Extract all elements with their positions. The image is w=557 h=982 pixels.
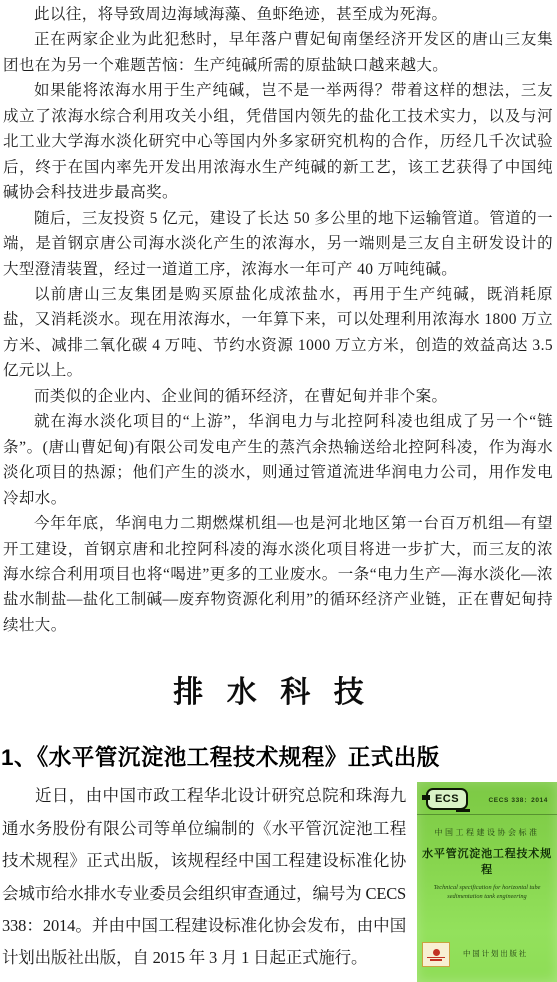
book-title: 水平管沉淀池工程技术规程 xyxy=(417,845,557,877)
stamp-seal-icon xyxy=(433,949,440,956)
award-stamp-icon xyxy=(422,942,450,967)
cover-header: ECS CECS 338：2014 xyxy=(417,782,557,810)
book-title-english-line: sedimentation tank engineering xyxy=(417,893,557,902)
story-paragraph: 而类似的企业内、企业间的循环经济，在曹妃甸并非个案。 xyxy=(3,384,553,409)
document-page: 此以往，将导致周边海域海藻、鱼虾绝迹，甚至成为死海。 正在两家企业为此犯愁时，早… xyxy=(0,0,557,982)
standard-code: CECS 338：2014 xyxy=(489,795,548,804)
story-paragraph: 如果能将浓海水用于生产纯碱，岂不是一举两得？带着这样的想法，三友成立了浓海水综合… xyxy=(3,78,553,205)
article-body: ECS CECS 338：2014 中国工程建设协会标准 水平管沉淀池工程技术规… xyxy=(0,780,557,981)
book-title-english-line: Technical specification for horizontal t… xyxy=(417,884,557,893)
story-paragraph: 以前唐山三友集团是购买原盐化成浓盐水，再用于生产纯碱，既消耗原盐，又消耗淡水。现… xyxy=(3,282,553,384)
standard-label: 中国工程建设协会标准 xyxy=(417,827,557,838)
article-heading: 1、《水平管沉淀池工程技术规程》正式出版 xyxy=(1,745,557,771)
stamp-text-line xyxy=(427,957,445,959)
story-paragraph: 此以往，将导致周边海域海藻、鱼虾绝迹，甚至成为死海。 xyxy=(3,2,553,27)
stamp-text-line xyxy=(430,959,442,961)
book-cover: ECS CECS 338：2014 中国工程建设协会标准 水平管沉淀池工程技术规… xyxy=(417,782,557,982)
section-title: 排 水 科 技 xyxy=(0,675,539,711)
story-paragraph: 就在海水淡化项目的“上游”，华润电力与北控阿科凌也组成了另一个“链条”。(唐山曹… xyxy=(3,409,553,511)
cecs-logo-label: ECS xyxy=(435,793,459,805)
story-section: 此以往，将导致周边海域海藻、鱼虾绝迹，甚至成为死海。 正在两家企业为此犯愁时，早… xyxy=(0,0,557,638)
story-paragraph: 正在两家企业为此犯愁时，早年落户曹妃甸南堡经济开发区的唐山三友集团也在为另一个难… xyxy=(3,27,553,78)
publisher-name: 中国计划出版社 xyxy=(463,948,528,959)
story-paragraph: 今年年底，华润电力二期燃煤机组—也是河北地区第一台百万机组—有望开工建设，首钢京… xyxy=(3,511,553,638)
regulation-article: 1、《水平管沉淀池工程技术规程》正式出版 ECS CECS 338：2014 中… xyxy=(0,745,557,981)
cover-divider xyxy=(417,814,557,815)
story-paragraph: 随后，三友投资 5 亿元，建设了长达 50 多公里的地下运输管道。管道的一端，是… xyxy=(3,206,553,282)
cecs-logo-icon: ECS xyxy=(426,788,468,810)
book-title-english: Technical specification for horizontal t… xyxy=(417,884,557,901)
